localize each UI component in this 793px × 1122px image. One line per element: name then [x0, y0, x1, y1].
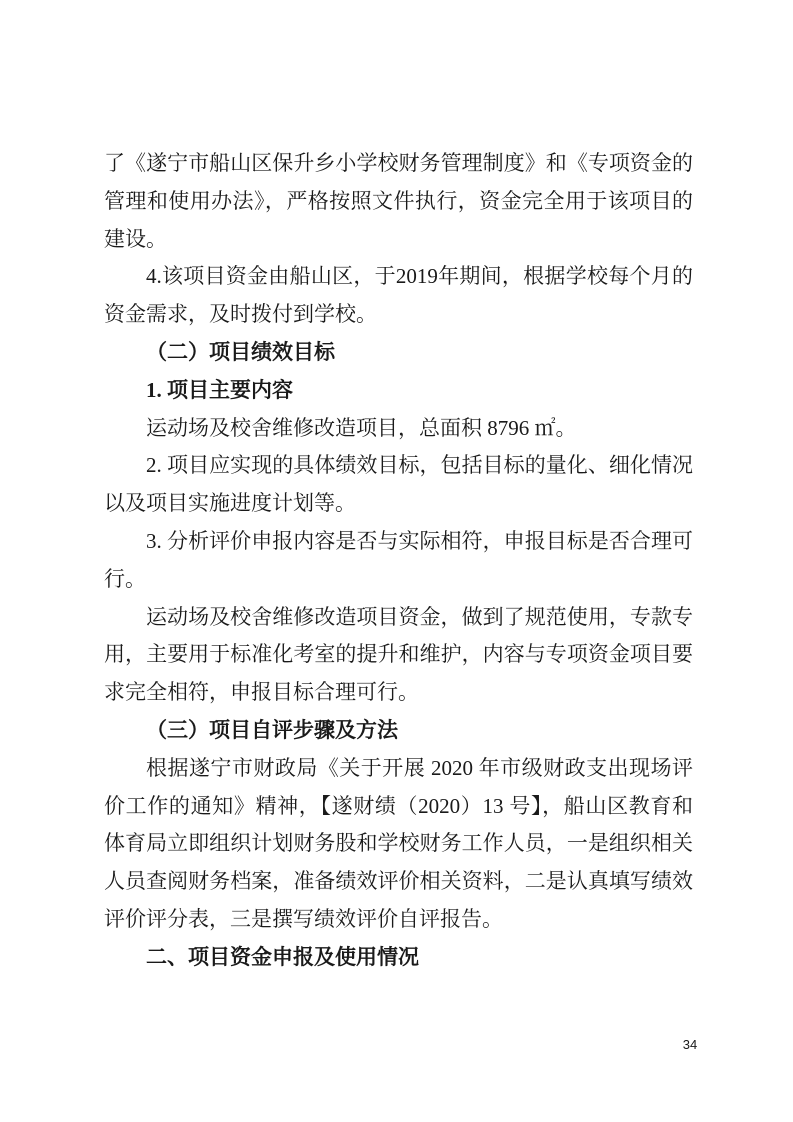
paragraph-declaration-analysis: 3. 分析评价申报内容是否与实际相符，申报目标是否合理可行。 — [104, 523, 693, 599]
paragraph-specific-performance-goals: 2. 项目应实现的具体绩效目标，包括目标的量化、细化情况以及项目实施进度计划等。 — [104, 447, 693, 523]
document-body: 了《遂宁市船山区保升乡小学校财务管理制度》和《专项资金的管理和使用办法》，严格按… — [104, 145, 693, 977]
heading-performance-goals: （二）项目绩效目标 — [104, 334, 693, 372]
document-page: 了《遂宁市船山区保升乡小学校财务管理制度》和《专项资金的管理和使用办法》，严格按… — [0, 0, 793, 1122]
paragraph-fund-management-system: 了《遂宁市船山区保升乡小学校财务管理制度》和《专项资金的管理和使用办法》，严格按… — [104, 145, 693, 258]
paragraph-project-scope: 运动场及校舍维修改造项目，总面积 8796 ㎡。 — [104, 410, 693, 448]
heading-self-evaluation-method: （三）项目自评步骤及方法 — [104, 712, 693, 750]
paragraph-fund-usage-compliance: 运动场及校舍维修改造项目资金，做到了规范使用，专款专用，主要用于标准化考室的提升… — [104, 599, 693, 712]
paragraph-evaluation-process: 根据遂宁市财政局《关于开展 2020 年市级财政支出现场评价工作的通知》精神，【… — [104, 750, 693, 939]
page-number: 34 — [678, 1037, 702, 1052]
paragraph-fund-allocation: 4.该项目资金由船山区，于2019年期间，根据学校每个月的资金需求，及时拨付到学… — [104, 258, 693, 334]
heading-fund-application-usage: 二、项目资金申报及使用情况 — [104, 939, 693, 977]
heading-project-main-content: 1. 项目主要内容 — [104, 372, 693, 410]
